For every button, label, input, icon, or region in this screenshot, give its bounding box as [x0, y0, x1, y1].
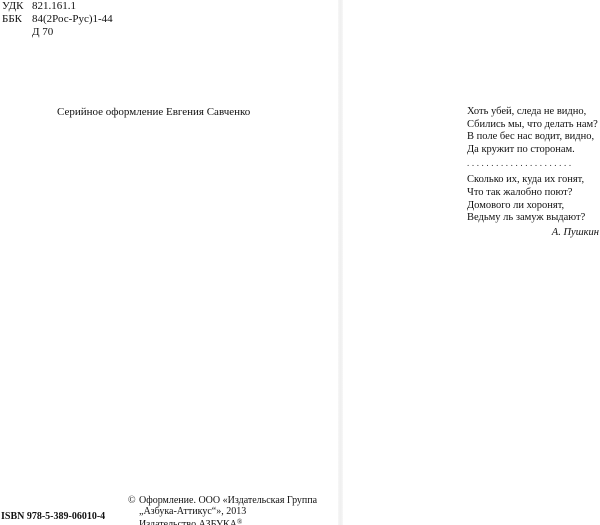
classification-value: 84(2Рос-Рус)1-44 — [32, 13, 113, 26]
right-page — [343, 0, 600, 525]
classification-value: Д 70 — [32, 26, 53, 39]
verse-line: Что так жалобно поют? — [467, 187, 599, 200]
copyright-text: Оформление. ООО «Издательская Группа — [139, 495, 317, 506]
classification-key: ББК — [2, 13, 32, 26]
classification-bbk: ББК 84(2Рос-Рус)1-44 — [2, 13, 113, 26]
copyright-line: „Азбука-Аттикус“», 2013 — [128, 506, 317, 517]
book-spread: УДК 821.161.1 ББК 84(2Рос-Рус)1-44 Д 70 … — [0, 0, 600, 525]
verse-line: В поле бес нас водит, видно, — [467, 131, 599, 144]
classification-key — [2, 26, 32, 39]
verse-line: Хоть убей, следа не видно, — [467, 106, 599, 119]
epigraph-stanza-1: Хоть убей, следа не видно, Сбились мы, ч… — [467, 106, 599, 156]
copyright-block: ©Оформление. ООО «Издательская Группа „А… — [128, 495, 317, 525]
epigraph-author: А. Пушкин — [467, 227, 599, 240]
verse-ellipsis: ...................... — [467, 157, 599, 169]
classification-value: 821.161.1 — [32, 0, 76, 13]
copyright-icon: © — [128, 495, 139, 506]
verse-line: Сбились мы, что делать нам? — [467, 119, 599, 132]
copyright-line: Издательство АЗБУКА® — [128, 517, 317, 525]
classification-author-sign: Д 70 — [2, 26, 113, 39]
epigraph-stanza-2: Сколько их, куда их гонят, Что так жалоб… — [467, 174, 599, 224]
verse-line: Да кружит по сторонам. — [467, 144, 599, 157]
registered-trademark-icon: ® — [237, 518, 242, 525]
epigraph: Хоть убей, следа не видно, Сбились мы, ч… — [467, 106, 599, 239]
verse-line: Домового ли хоронят, — [467, 200, 599, 213]
verse-line: Ведьму ль замуж выдают? — [467, 212, 599, 225]
publisher-name: Издательство АЗБУКА — [139, 519, 237, 525]
classification-block: УДК 821.161.1 ББК 84(2Рос-Рус)1-44 Д 70 — [2, 0, 113, 39]
left-page: УДК 821.161.1 ББК 84(2Рос-Рус)1-44 Д 70 … — [0, 0, 338, 525]
classification-udk: УДК 821.161.1 — [2, 0, 113, 13]
copyright-line: ©Оформление. ООО «Издательская Группа — [128, 495, 317, 506]
verse-line: Сколько их, куда их гонят, — [467, 174, 599, 187]
isbn: ISBN 978-5-389-06010-4 — [1, 511, 105, 522]
series-design-credit: Серийное оформление Евгения Савченко — [57, 106, 250, 119]
classification-key: УДК — [2, 0, 32, 13]
